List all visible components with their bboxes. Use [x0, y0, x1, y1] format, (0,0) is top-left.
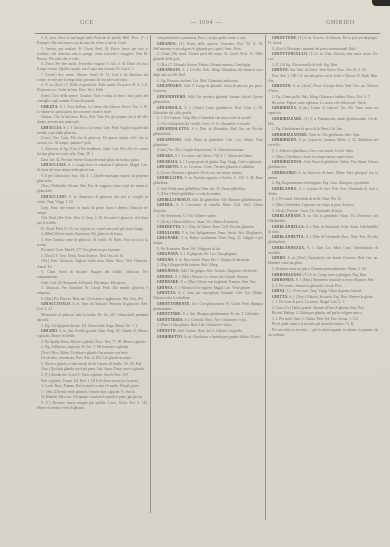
dictionary-entry: 2. Add. Della parte ghibellina. Dant. In…: [153, 187, 263, 192]
entry-headword: GHIARETO.: [157, 165, 179, 169]
dictionary-entry: V. Chiar. Sorta di fusione. Ragion del f…: [37, 270, 148, 280]
dictionary-entry: GHITTA. S. f. (Tosc.) Ghiotta, leccarda.…: [268, 295, 378, 300]
entry-text: V. Chiar. Sorta di fusione. Ragion del f…: [37, 270, 148, 279]
entry-headword: GHIRLANDUZZA.: [272, 246, 305, 250]
entry-text: 2. Cont. (Cr.) Ghitta grande. Spende all…: [272, 306, 364, 310]
dictionary-entry: (Tose.) Bisc. Malm. Uccidere a ghiado. F…: [37, 351, 148, 356]
dictionary-entry: GHIACCIUOLO. S. m. Dim. di Ghiaccio. Pez…: [37, 302, 148, 312]
entry-text: 2. (Zool.) V. Tose. Genti. Sorta di pesc…: [41, 254, 124, 258]
entry-text: 2. Fig. Gli Spagnoli dicono. Ed. Ghiacci…: [41, 324, 138, 328]
dictionary-entry: 2. Fig. Gli Spagnoli dicono. Ed. Ghiacci…: [37, 324, 148, 329]
entry-text: (Tose.) Bisc. Malm. Uccidere a ghiado. F…: [41, 351, 129, 355]
entry-text: §. 1. Per simil. Ghirlanda di stelle. Da…: [272, 197, 342, 201]
dictionary-entry: GHIANDOLA. S. f. (Anat.) Corpo glandulos…: [153, 106, 263, 116]
dictionary-entry: GHIOTTERIA. S. f. Golosità. Bocc. Nov. G…: [153, 318, 263, 323]
dictionary-entry: Parl. a ghiado. Il nom. Ed. Red. 1. 18. …: [37, 379, 148, 384]
entry-headword: GHIANDIFERO.: [157, 95, 186, 99]
dictionary-entry: Ghezzo. Che ha del nero. Bocc. Nov. Vita…: [37, 115, 148, 125]
dictionary-entry: S. N. m. (Zool.) T. Nelle sì specifiche.…: [37, 83, 148, 93]
dictionary-entry: 2. Per Verrettone. G. Vill. Ghiere e sae…: [153, 214, 263, 219]
entry-text: 2. (T.) Ghiado mo' sì, nel T. Tutto a gh…: [41, 373, 128, 377]
dictionary-entry: GHIRIGORO. S. m. Intreccio di linee. Mal…: [268, 171, 378, 181]
dictionary-entry: GHIRIBIZZO. S. m. Capriccio, fantasia. M…: [268, 138, 378, 148]
entry-headword: GHIADO.: [41, 329, 58, 333]
entry-text: 2. (Fig.) Ghigno della fortuna. Pulc. Mo…: [157, 263, 218, 267]
entry-text: 3. (Tose.) Merli ghibellini, a coda di r…: [157, 192, 222, 196]
dictionary-entry: GHIOTTA. S. f. Vaso per raccogliere l'un…: [153, 291, 263, 301]
entry-text: Add. Goloso. Dant. Inf. 6. Ghiotto e ing…: [178, 329, 243, 333]
entry-text: (S) Ribadir. Più rossi. Sol quanto convi…: [41, 395, 143, 399]
entry-text: Ghezzo. Che ha del nero. Bocc. Nov. Vita…: [37, 115, 148, 124]
dictionary-entry: Per simil. Cron. Morell. 277. Era ghiacc…: [37, 248, 148, 253]
entry-text: 3. (Bot.) T. Ghianda di terra. Pianta. G…: [157, 63, 251, 67]
dictionary-entry: 7. (Geod.) Avv. nome. Mescer. Ansel. Pr.…: [37, 73, 148, 83]
dictionary-entry: 2. (T.) Al fig. Ghiottoncello di lodi. F…: [268, 63, 378, 68]
dictionary-entry: GHIANDOSO. Add. Pieno di ghiandole. Libr…: [153, 138, 263, 148]
dictionary-entry: GHIERETTA. S. f. Dim. di Ghiera. Benv. C…: [153, 225, 263, 230]
entry-text: Per con sotto la crocetta, ... più la ch…: [268, 328, 378, 337]
dictionary-entry: 3. Aver l'anima come di ghiaccio. Al sot…: [37, 238, 148, 248]
dictionary-entry: (S) Ribadir. Più rossi. Sol quanto convi…: [37, 395, 148, 400]
entry-text: 2. Fig. Persona ciarliera. Lor. Med. Ghi…: [157, 79, 239, 83]
entry-headword: GHIOTTO.: [157, 329, 177, 333]
entry-text: Dant. Inf. 32. Per non vedere l'acqua di…: [41, 158, 140, 162]
text-column-1: 4. E, prov. Aver la sua bugia nelle Prat…: [37, 36, 148, 512]
dictionary-entry: GHIACCIA. S. f. T. Ghiaccio. Lo stesso. …: [37, 126, 148, 136]
entry-headword: GHIANDOLA.: [157, 106, 182, 110]
running-head-left: GCE: [80, 20, 94, 26]
dictionary-entry: 2. Fig. Ghiribizzare di qua e di là. Ber…: [268, 127, 378, 132]
dictionary-entry: GHIARA. S. f. Lo stesso che Ghiaia. Vill…: [153, 154, 263, 159]
entry-text: (Vol. Pred.) Per Gelo. Mor. S. Greg. 2. …: [37, 216, 148, 225]
entry-headword: GHIRLANDAIO.: [272, 214, 302, 218]
entry-text: 1.º (Ant.) Diventa verdi pensieri, e mor…: [41, 390, 135, 394]
dictionary-entry: GHIRIBETTO. S. m. Ghiribizzo e fantasia …: [153, 335, 263, 340]
entry-text: (Cont.) Voc. Dis. Lunghe disposizioni. T…: [157, 148, 244, 152]
entry-text: (T.) S. m. Luogo fatto a ghirigori. Fag.…: [303, 273, 366, 277]
dictionary-entry: GHIRLANDELLA. S. f. Dim. di Ghirlanda. P…: [268, 225, 378, 235]
entry-headword: GHIACCIAIO.: [41, 195, 67, 199]
scanned-dictionary-page: GCE — 1094 — GHIRIEO 4. E, prov. Aver la…: [0, 0, 390, 547]
entry-text: S. f. Luogo pieno di ghiaia. Targ. Viagg…: [179, 160, 262, 164]
dictionary-entry: GHIRIBIZZOSO. Add. Pieno di ghiribizzi. …: [268, 160, 378, 170]
entry-text: 2. (Med.) Dicesi anche di persona. Più g…: [41, 232, 123, 236]
entry-headword: GHEZZA.: [41, 105, 59, 109]
dictionary-entry: GHIGLIARE. V. n. Ant. Sghignazzare. Fran…: [153, 231, 263, 236]
dictionary-entry: GHIARAIA. S. f. Luogo pieno di ghiaia. T…: [153, 160, 263, 165]
entry-text: Far di fatto, conversare. Pros. Fior. 4.…: [41, 356, 132, 360]
entry-headword: GHIACCIA.: [41, 126, 62, 130]
entry-headword: GHIRONDA.: [272, 278, 295, 282]
page-number: — 1094 —: [190, 20, 222, 26]
entry-text: 5. Ancora, per traslato. Fr. Giord. Pred…: [37, 47, 148, 61]
entry-text: 2. Fig. Ragionamento avviluppato. Fag. C…: [272, 181, 370, 185]
entry-text: Pass. Ant. 3. 186. Ch' era alle prese co…: [268, 74, 378, 83]
entry-text: 2. (Vet.) Ghiandola de' cavalli. Cresc. …: [157, 122, 251, 126]
dictionary-entry: 3. (Arch.) Festone. Vasar. Vit. Ghirland…: [268, 209, 378, 214]
dictionary-entry: GHINDA. S. f. (Mar.) Altezza. Lo stesso …: [153, 275, 263, 280]
dictionary-entry: §. Dormire come un ghiro, Dormire profon…: [268, 267, 378, 272]
entry-text: 6. (Tose.) Per dire anche. Proverbio vol…: [37, 62, 148, 71]
entry-headword: GHIOTTA.: [157, 291, 176, 295]
dictionary-entry: §. (Cont.) Ghiareto e ghiareti. Più di u…: [153, 171, 263, 176]
entry-headword: GHIANDAIA.: [157, 68, 181, 72]
entry-headword: GHINDA.: [157, 275, 174, 279]
entry-text: 2. Per Schernire. Bern. Orl. Ghignava di…: [157, 247, 220, 251]
column-divider: [265, 35, 266, 520]
entry-text: Ricevere, Pigliar come i ghiozzi. Lo ste…: [272, 101, 367, 105]
dictionary-entry: GHIRIBIZZATORE. Verb. m. Che ghiribizza.…: [268, 133, 378, 138]
entry-headword: GHIGLIARE.: [157, 231, 181, 235]
entry-text: Parl. a ghiado. Il nom. Ed. Red. 1. 18. …: [41, 379, 139, 383]
dictionary-entry: GHIRLANDUZZA. S. f. Dim. Lor. Med. Canz.…: [268, 246, 378, 256]
entry-text: (Vet.) Poet. Ghiaccio. Tagliato dalla te…: [37, 259, 148, 268]
entry-text: §. Morto a ghiado, si dice anche di chi …: [41, 362, 142, 366]
entry-headword: GHIOTTERIA.: [157, 318, 184, 322]
running-head: GCE — 1094 — GHIRIEO: [35, 20, 380, 30]
column-divider: [150, 35, 151, 513]
entry-text: 3. Confr. Bocc. Fiamm. Dovrà morire e no…: [41, 384, 140, 388]
entry-headword: GHIRLANDA.: [272, 187, 297, 191]
entry-headword: GHIOTTONE.: [272, 36, 297, 40]
entry-text: interpretazione e pronunzia. Bocc. chi p…: [157, 36, 246, 40]
entry-headword: GHIANDOSO.: [157, 138, 182, 142]
dictionary-entry: GHIRO. S. m. (Zool.) Animaletto che dorm…: [268, 256, 378, 266]
dictionary-entry: GHIOTTONCELLO. (T.) S. m. Dim. Ghiotto, …: [268, 52, 378, 62]
entry-text: (Gent.) Uno della specie. Cronica. Nota …: [37, 94, 148, 103]
entry-headword: GHIOTTAMENTE.: [157, 302, 191, 306]
entry-text: Add. Da ghibellino. Vill. Maniere ghibel…: [192, 198, 263, 202]
entry-text: 2. Add. Della parte ghibellina. Dant. In…: [157, 187, 246, 191]
entry-headword: GHIRIGORO.: [272, 171, 297, 175]
dictionary-entry: 2. Per Schernire. Bern. Orl. Ghignava di…: [153, 247, 263, 252]
entry-headword: GHIBELLINO.: [157, 176, 183, 180]
header-rule: [35, 33, 380, 34]
entry-text: 2. (T.) Al fig. Ghiottoncello di lodi. F…: [272, 63, 338, 67]
dictionary-entry: 2. (Fig.) Ghigno della fortuna. Pulc. Mo…: [153, 263, 263, 268]
dictionary-entry: GHIRONDA. S. f. (Mus.) Strumento musical…: [268, 278, 378, 283]
dictionary-entry: Fr. Giord. Pred. R. Ch' era il ghiaccio,…: [37, 227, 148, 232]
entry-text: (Ant.) Qual più ghiado, qual più pena. L…: [41, 367, 145, 371]
dictionary-entry: interpretazione e pronunzia. Bocc. chi p…: [153, 36, 263, 41]
dictionary-entry: GHIBELLINESCO. Add. Da ghibellino. Vill.…: [153, 198, 263, 203]
entry-text: §. Dormire come un ghiro, Dormire profon…: [272, 267, 366, 271]
entry-text: Fr. Giord. Pred. R. Ch' era il ghiaccio,…: [41, 227, 144, 231]
dictionary-entry: 3. (Arch.) Ghiera dell'arco. Vasar. Vit.…: [153, 220, 263, 225]
dictionary-entry: GHIERA. S. f. Cerchietto di metallo. Ben…: [153, 203, 263, 213]
dictionary-entry: (Tosc.) Pallottola. Alcuni. Sim. Pist. S…: [37, 184, 148, 194]
dictionary-entry: 2. (Vet.) Ghiandola de' cavalli. Cresc. …: [153, 122, 263, 127]
dictionary-entry: GHIANDIFERO. Add. Che produce ghiande. S…: [153, 95, 263, 105]
dictionary-entry: 2. Fig. Persona ciarliera. Lor. Med. Ghi…: [153, 79, 263, 84]
entry-headword: GHIGNATA.: [157, 252, 179, 256]
entry-text: 3. 1. Per simil. Sass. 1. Ghitta, Vaso. …: [272, 317, 359, 321]
dictionary-entry: Dant. Inf. 32. Per non vedere l'acqua di…: [37, 158, 148, 163]
entry-text: (Tosc.) Pallottola. Alcuni. Sim. Pist. S…: [37, 184, 148, 193]
dictionary-entry: GHIGNOSO. Add. Che ghigna. Salv. Granch.…: [153, 269, 263, 274]
entry-text: S. f. Lo stesso che Ghiaia. Vill. 8. 1. …: [175, 154, 253, 158]
entry-text: Per le quali erano e si trovano già da m…: [272, 322, 354, 326]
dictionary-entry: 3. (Bot.) T. Ghianda di terra. Pianta. G…: [153, 63, 263, 68]
entry-headword: GHIACCIAIA.: [41, 163, 67, 167]
entry-text: Ant. Sinc. di Giove. Vedi Giove. Bocc. T…: [290, 68, 367, 72]
entry-text: Add. Che ghigna. Salv. Granch. Ghignoso …: [180, 269, 257, 273]
entry-text: §. 1. Per estens. Sonare la ghironda. Ce…: [272, 284, 343, 288]
entry-text: V. a. Ant. Mangiar ghiottamente. Fr. Jac…: [183, 312, 260, 316]
dictionary-entry: Pass. Ant. 3. 186. Ch' era alle prese co…: [268, 74, 378, 84]
entry-text: S. f. (Tosc.) Ghiotta, leccarda. Fag. Ri…: [289, 295, 373, 299]
dictionary-entry: Guitt. Lett. Gli Strumenti dell'opera. P…: [37, 281, 148, 286]
entry-headword: GHIRIBIZZA.: [272, 106, 297, 110]
entry-text: S. f. (Mar.) Altezza. Lo stesso che Guin…: [175, 275, 249, 279]
dictionary-entry: 6. (Tose.) Per dire anche. Proverbio vol…: [37, 62, 148, 72]
dictionary-entry: 2. Cont. (Cr.) Ghitta grande. Spende all…: [268, 306, 378, 311]
entry-text: S. f. (Mus.) Strumento musicale a ruota.…: [296, 278, 374, 282]
entry-text: Guitt. Lett. Gli Strumenti dell'opera. P…: [41, 281, 127, 285]
dictionary-entry: 2. Per Spada, Ferro. Morire a ghiado. Bo…: [37, 340, 148, 345]
dictionary-entry: GHIARETO. S. m. Lo stesso. Cresc. Terren…: [153, 165, 263, 170]
entry-text: Verb. m. Che ghiribizza. Salv. Spin.: [309, 133, 360, 137]
dictionary-entry: T. E per Ghiacciaio. Sass. Op. 3. 1. Que…: [37, 174, 148, 184]
dictionary-entry: GHIRIBIZZA. (Cont.) Uomo di capricci. Ta…: [268, 106, 378, 116]
dictionary-entry: GHINEA. S. f. Moneta d'oro inglese. Maga…: [153, 286, 263, 291]
entry-headword: GHIGNO.: [157, 258, 174, 262]
entry-text: §. (Zool.) Ghiottone, animale dei paesi …: [272, 47, 357, 51]
dictionary-entry: GHIACCIAIO. S. m. Ammasso di ghiaccio ch…: [37, 195, 148, 205]
dictionary-entry: 2. (Fam.) Cibo ghiotto. Red. Lett. Ghiot…: [153, 323, 263, 328]
entry-headword: GHIANDARO.: [157, 84, 183, 88]
dictionary-entry: GHIANDARO. Add. T. Luogo di ghiande. Sor…: [153, 84, 263, 94]
entry-headword: GHIGNARE.: [157, 236, 180, 240]
entry-headword: GHIOTTONCELLO.: [272, 52, 308, 56]
dictionary-entry: 3. Confr. Bocc. Fiamm. Dovrà morire e no…: [37, 384, 148, 389]
entry-headword: GHIRIBETTO.: [157, 335, 183, 339]
entry-text: S. f. Ferro fuso. Targ. Viagg. Ghisa di …: [287, 289, 363, 293]
entry-text: S. m. Lo stesso. Cresc. Terreno ghiaroso…: [180, 165, 255, 169]
entry-text: S. f. Moneta d'oro inglese. Magal. Lett.…: [175, 286, 251, 290]
entry-text: S. f. Golosità. Bocc. Nov. Ghiotterie e …: [185, 318, 247, 322]
entry-text: 3. Fig. Afflizione, angoscia. Fr. Jac. T…: [41, 345, 129, 349]
dictionary-entry: (Cont.) Voc. Dis. Lunghe disposizioni. T…: [153, 148, 263, 153]
dictionary-entry: 2. Ghiaccia, al fig. (Crus.) Per freddez…: [37, 147, 148, 157]
dictionary-entry: GHIRLANDAIO. S. m. Chi fa ghirlande. Vas…: [268, 214, 378, 224]
dictionary-entry: Mostrando di ghiaccio tutta la barba. Fi…: [37, 313, 148, 323]
entry-text: V. a. (Mar.) Alzare con la ghinda. Pante…: [180, 280, 256, 284]
dictionary-entry: 2. (Anat.) Per simil. Alcune parti del c…: [153, 52, 263, 62]
dictionary-entry: GHIADO. S. m. Ant. Freddo grande. Dant. …: [37, 329, 148, 339]
dictionary-entry: 3. (Tose.) Merli ghibellini, a coda di r…: [153, 192, 263, 197]
dictionary-entry: (Vet.) Poet. Ghiaccio. Tagliato dalla te…: [37, 259, 148, 269]
dictionary-entry: GHIOTTO. Add. Goloso. Dant. Inf. 6. Ghio…: [153, 329, 263, 334]
dictionary-entry: Far di fatto, conversare. Pros. Fior. 4.…: [37, 356, 148, 361]
entry-headword: GHIOVE.: [272, 68, 289, 72]
dictionary-entry: (Gent.) Uno della specie. Cronica. Nota …: [37, 94, 148, 104]
dictionary-entry: GHIRLANDETTA. S. f. Dim. di Ghirlanda. B…: [268, 235, 378, 245]
dictionary-entry: GHIROBAGGIO. (T.) S. m. Luogo fatto a gh…: [268, 273, 378, 278]
dictionary-entry: GHIGNARE. V. n. Ridere sottilmente. Dant…: [153, 236, 263, 246]
entry-headword: GHIOTTARE.: [157, 312, 182, 316]
entry-headword: GHITTA.: [272, 295, 288, 299]
dictionary-entry: 2. (Zool.) V. Tose. Genti. Sorta di pesc…: [37, 254, 148, 259]
dictionary-entry: §. (Zool.) Ghiottone, animale dei paesi …: [268, 47, 378, 52]
entry-text: Corp. Fuor, che forma, in modo di gente,…: [37, 206, 148, 215]
dictionary-entry: GHISA. S. f. Ferro fuso. Targ. Viagg. Gh…: [268, 289, 378, 294]
entry-text: 4. E, prov. Aver la sua bugia nelle Prat…: [37, 36, 148, 45]
dictionary-entry: 1. 1. Per cosa di poco. Lo stesso. Magal…: [268, 300, 378, 305]
entry-text: 2. Fig. Uomo goffo. Pulc. Morg. Ghiozzo …: [272, 95, 370, 99]
dictionary-entry: 1.º (Ant.) Diventa verdi pensieri, e mor…: [37, 390, 148, 395]
entry-headword: GHIANDA.: [157, 42, 177, 46]
entry-headword: GHIRIBIZZO.: [272, 138, 297, 142]
entry-text: V. n. Ant. Sghignazzare. Franc. Sacch. N…: [182, 231, 263, 235]
dictionary-entry: GHIANDA. (T.) Frutto della quercia. Cres…: [153, 42, 263, 52]
entry-headword: GHISA.: [272, 289, 286, 293]
dictionary-entry: §. 1. Per simil. Ghirlanda di stelle. Da…: [268, 197, 378, 202]
dictionary-entry: §. 1. Per estens. Sonare la ghironda. Ce…: [268, 284, 378, 289]
entry-text: T. E per Ghiacciaio. Sass. Op. 3. 1. Que…: [37, 174, 148, 183]
entry-headword: GHIRIBIZZATORE.: [272, 133, 308, 137]
dictionary-entry: GHIOTTARE. V. a. Ant. Mangiar ghiottamen…: [153, 312, 263, 317]
entry-text: S. N. m. (Zool.) T. Nelle sì specifiche.…: [37, 83, 148, 92]
entry-text: S. f. Il ghignare. Fir. Luc. Una ghignat…: [180, 252, 238, 256]
entry-text: 5. Ghiaccio, Per Grandine. Fr. Giord. Pr…: [37, 286, 148, 295]
entry-text: 2. (Mus.) Ghiribizzo. Sorta di composizi…: [272, 155, 353, 159]
entry-headword: GHIARAIA.: [157, 160, 178, 164]
text-column-3: GHIOTTONE. (T.) S. m. Accresc. di Ghiott…: [268, 36, 378, 516]
dictionary-entry: GHIANDAIA. S. f. Uccello. Pulc. Morg. Gh…: [153, 68, 263, 78]
entry-text: 2. Ghiaccia, al fig. (Crus.) Per freddez…: [37, 147, 148, 156]
text-column-2: interpretazione e pronunzia. Bocc. chi p…: [153, 36, 263, 512]
dictionary-entry: 5. Ghiaccio, Per Grandine. Fr. Giord. Pr…: [37, 286, 148, 296]
dictionary-entry: GHINDARE. V. a. (Mar.) Alzare con la ghi…: [153, 280, 263, 285]
entry-text: 1. 1. Per cosa di poco. Lo stesso. Magal…: [272, 300, 345, 304]
dictionary-entry: Corp. Fuor, che forma, in modo di gente,…: [37, 206, 148, 216]
dictionary-entry: GHIRIBIZZARE. (T.) V. n. Fantasticare, a…: [268, 117, 378, 127]
entry-text: 7. (Geod.) Avv. nome. Mescer. Ansel. Pr.…: [37, 73, 148, 82]
entry-headword: GHIOZZO.: [272, 84, 292, 88]
dictionary-entry: GHIOTTAMENTE. Avv. Con ghiottoneria. Fr.…: [153, 302, 263, 312]
entry-headword: GHIRIBIZZARE.: [272, 117, 303, 121]
dictionary-entry: 2. (Mus.) Ghiribizzo. Sorta di composizi…: [268, 155, 378, 160]
dictionary-entry: 5. Ancora, per traslato. Fr. Giord. Pred…: [37, 47, 148, 62]
dictionary-entry: Ricevere, Pigliar come i ghiozzi. Lo ste…: [268, 101, 378, 106]
dictionary-entry: GHIGNO. S. m. Riso sottile. Dant. Par. 1…: [153, 258, 263, 263]
entry-text: S. m. Ghiribizzo e fantasia per grande d…: [184, 335, 261, 339]
dictionary-entry: 2. Fig. Uomo goffo. Pulc. Morg. Ghiozzo …: [268, 95, 378, 100]
entry-headword: GHIGNOSO.: [157, 269, 180, 273]
dictionary-entry: 9. (T.) Divenire morto sempre più pallid…: [37, 401, 148, 411]
dictionary-entry: Per le quali erano e si trovano già da m…: [268, 322, 378, 327]
entry-headword: GHIACCIUOLO.: [41, 302, 71, 306]
dictionary-entry: 4. E, prov. Aver la sua bugia nelle Prat…: [37, 36, 148, 46]
dictionary-entry: GHIOTTONE. (T.) S. m. Accresc. di Ghiott…: [268, 36, 378, 46]
entry-text: 9. (T.) Divenire morto sempre più pallid…: [37, 401, 148, 410]
entry-text: S. f. Dim. di Ghiera. Benv. Cell. Piccol…: [182, 225, 254, 229]
entry-text: Per simil. Cron. Morell. 277. Era ghiacc…: [41, 248, 120, 252]
dictionary-entry: GHIOZZO. S. m. (Zool.) Pesce d'acqua dol…: [268, 84, 378, 94]
entry-text: 2. (Fam.) Cibo ghiotto. Red. Lett. Ghiot…: [157, 323, 232, 327]
dictionary-entry: 2. (Med.) Dicesi anche di persona. Più g…: [37, 232, 148, 237]
entry-text: 2. (Mar.) Ghirlanda. Legname che cinge l…: [272, 203, 354, 207]
dictionary-entry: 6. (Ant.) Per Diaccio. Rim. ant. Ch'io a…: [37, 297, 148, 302]
entry-headword: GHINEA.: [157, 286, 174, 290]
entry-headword: GHIANDOLETTA.: [157, 127, 190, 131]
entry-text: 6. (Ant.) Per Diaccio. Rim. ant. Ch'io a…: [41, 297, 144, 301]
entry-headword: GHIBELLINESCO.: [157, 198, 191, 202]
entry-headword: GHIARA.: [157, 154, 174, 158]
dictionary-entry: §. Morto a ghiado, si dice anche di chi …: [37, 362, 148, 367]
entry-headword: GHIRLANDELLA.: [272, 225, 305, 229]
entry-text: §. 1. Per Tumore. Volg. Mes. Ghiandola c…: [157, 116, 252, 120]
entry-text: 2. Fig. Ghiribizzare di qua e di là. Ber…: [272, 127, 342, 131]
dictionary-entry: (Cont.) Voc. Cont. Più che la ghiaccia. …: [37, 136, 148, 146]
entry-headword: GHIRO.: [272, 256, 286, 260]
dictionary-entry: 3. Fig. Afflizione, angoscia. Fr. Jac. T…: [37, 345, 148, 350]
entry-text: 2. Per Verrettone. G. Vill. Ghiere e sae…: [157, 214, 217, 218]
entry-text: §. (Cont.) Ghiareto e ghiareti. Più di u…: [157, 171, 243, 175]
dictionary-entry: GHIACCIAIA. S. f. Luogo dove si conserva…: [37, 163, 148, 173]
dictionary-entry: §. 1. Per Tumore. Volg. Mes. Ghiandola c…: [153, 116, 263, 121]
dictionary-entry: GHIANDOLETTA. S. f. Dim. di Ghiandola. R…: [153, 127, 263, 137]
entry-headword: GHIRIBIZZOSO.: [272, 160, 303, 164]
entry-text: (Cont.) Voc. Cont. Più che la ghiaccia. …: [37, 136, 148, 145]
dictionary-entry: §. 1. Andare a ghiribizzo. Fare a suo mo…: [268, 149, 378, 154]
dictionary-entry: GHIOVE. Ant. Sinc. di Giove. Vedi Giove.…: [268, 68, 378, 73]
entry-text: 3. (Arch.) Festone. Vasar. Vit. Ghirland…: [272, 209, 343, 213]
entry-headword: GHIERETTA.: [157, 225, 181, 229]
entry-text: 3. (Arch.) Ghiera dell'arco. Vasar. Vit.…: [157, 220, 239, 224]
scan-corner-artifact: [372, 0, 390, 6]
entry-headword: GHIERA.: [157, 203, 174, 207]
entry-text: 2. Per Spada, Ferro. Morire a ghiado. Bo…: [41, 340, 146, 344]
entry-text: 3. Aver l'anima come di ghiaccio. Al sot…: [37, 238, 148, 247]
entry-text: Ricord. Malesp. 2. Ghitta per ghiotta, n…: [272, 311, 363, 315]
entry-text: §. 1. Andare a ghiribizzo. Fare a suo mo…: [272, 149, 354, 153]
dictionary-entry: 2. (Mar.) Ghirlanda. Legname che cinge l…: [268, 203, 378, 208]
dictionary-entry: Per con sotto la crocetta, ... più la ch…: [268, 328, 378, 338]
dictionary-entry: GHIRLANDA. S. f. Corona di fiori. Petr. …: [268, 187, 378, 197]
entry-text: S. m. Riso sottile. Dant. Par. 1. Ghigno…: [175, 258, 250, 262]
entry-headword: GHINDARE.: [157, 280, 179, 284]
dictionary-entry: 2. (T.) Ghiado mo' sì, nel T. Tutto a gh…: [37, 373, 148, 378]
dictionary-entry: Ricord. Malesp. 2. Ghitta per ghiotta, n…: [268, 311, 378, 316]
entry-text: 2. (Anat.) Per simil. Alcune parti del c…: [153, 52, 263, 61]
dictionary-entry: GHIGNATA. S. f. Il ghignare. Fir. Luc. U…: [153, 252, 263, 257]
entry-headword: GHIRLANDETTA.: [272, 235, 305, 239]
dictionary-entry: GHEZZA. S. f. Voce dell'uso. Lo stesso c…: [37, 105, 148, 115]
dictionary-entry: (Ant.) Qual più ghiado, qual più pena. L…: [37, 367, 148, 372]
dictionary-entry: (Vol. Pred.) Per Gelo. Mor. S. Greg. 2. …: [37, 216, 148, 226]
entry-headword: GHIROBAGGIO.: [272, 273, 302, 277]
dictionary-entry: 3. 1. Per simil. Sass. 1. Ghitta, Vaso. …: [268, 317, 378, 322]
entry-text: Mostrando di ghiaccio tutta la barba. Fi…: [37, 313, 148, 322]
dictionary-entry: 2. Fig. Ragionamento avviluppato. Fag. C…: [268, 181, 378, 186]
dictionary-entry: GHIBELLINO. S. m. Fazione opposta a Guel…: [153, 176, 263, 186]
running-head-right: GHIRIEO: [326, 20, 355, 26]
